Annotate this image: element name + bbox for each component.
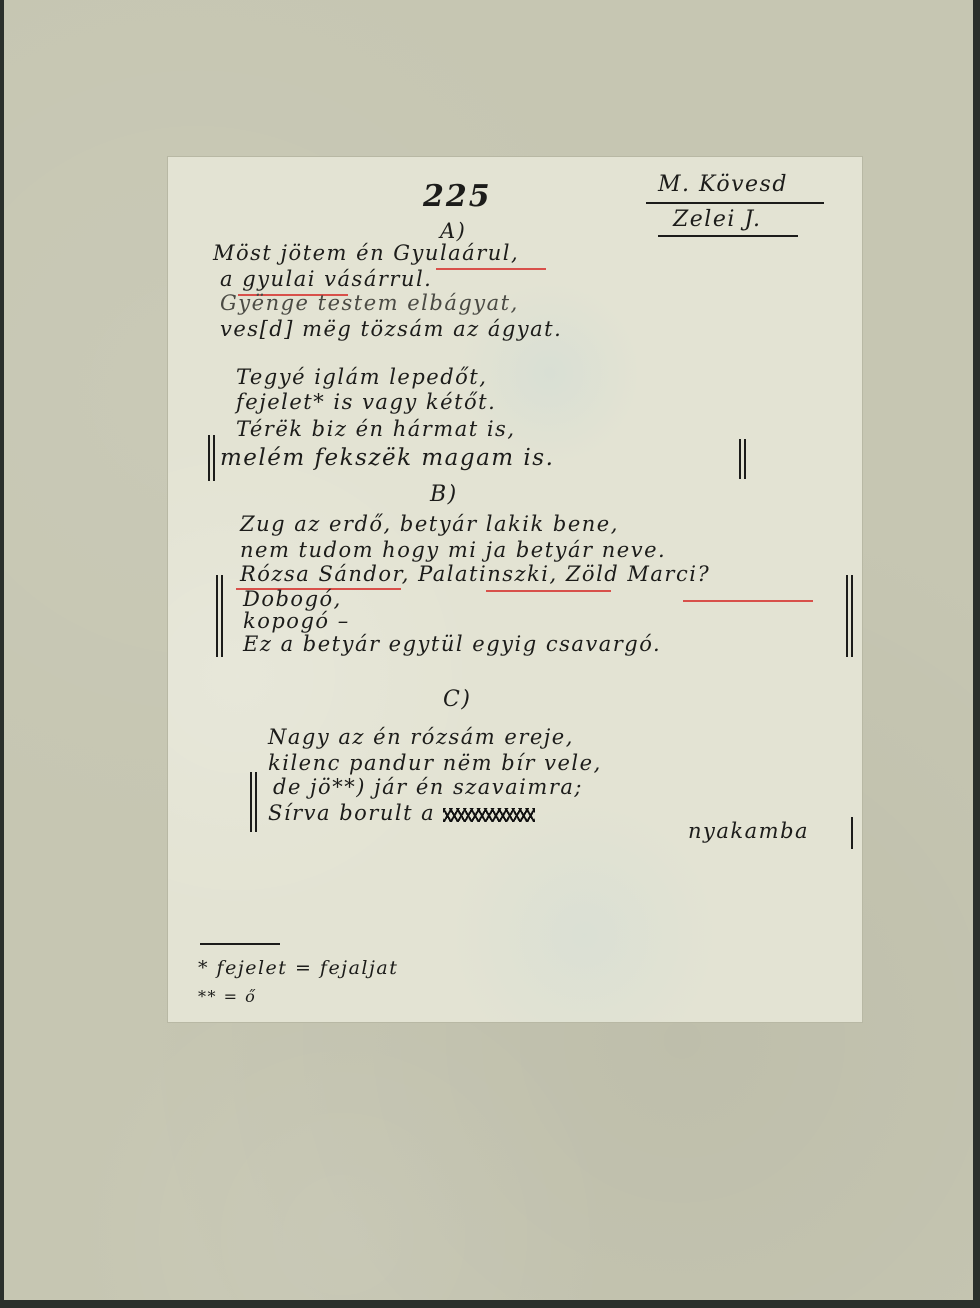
verse-line: Zug az erdő, betyár lakik bene, [240,512,619,536]
repeat-bar [221,575,223,657]
verse-line: Gyënge testem elbágyat, [220,291,519,315]
verse-line: Tegyé iglám lepedőt, [236,365,487,389]
verse-line: kilenc pandur nëm bír vele, [268,751,602,775]
repeat-bar [851,575,853,657]
repeat-bar [208,435,210,481]
section-b-label: B) [430,482,458,507]
repeat-bar [216,575,218,657]
verse-line: Nagy az én rózsám ereje, [268,725,574,749]
verse-line: nem tudom hogy mi ja betyár neve. [240,538,666,562]
footnote-2: ** = ő [198,987,256,1006]
verse-line: Sírva borult a [268,801,535,825]
verse-line: melém fekszëk magam is. [220,445,554,471]
verse-line: ves[d] mëg tözsám az ágyat. [220,317,562,341]
red-underline [436,267,546,270]
red-underline [683,599,813,602]
verse-line: fejelet* is vagy kétőt. [236,390,496,414]
repeat-bar [739,439,741,479]
manuscript-page: 225 M. Kövesd Zelei J. A) Möst jötem én … [168,157,862,1022]
verse-line: nyakamba [688,819,809,843]
repeat-bar [851,817,853,849]
verse-line: Ez a betyár egytül egyig csavargó. [243,632,661,656]
repeat-bar [250,772,252,832]
repeat-bar [846,575,848,657]
repeat-bar [213,435,215,481]
verse-line: Térëk biz én hármat is, [236,417,516,441]
collector-label: Zelei J. [673,207,762,232]
verse-line: de jö**) jár én szavaimra; [273,775,583,799]
red-underline [486,589,611,592]
verse-line: Dobogó, [243,587,342,611]
footnote-1: * fejelet = fejaljat [198,957,398,979]
section-c-label: C) [443,687,471,712]
verse-line: Rózsa Sándor, Palatinszki, Zöld Marci? [240,562,710,586]
verse-line: Möst jötem én Gyulaárul, [213,241,519,265]
verse-line: a gyulai vásárrul. [220,267,432,291]
repeat-bar [255,772,257,832]
song-number: 225 [423,179,492,214]
location-label: M. Kövesd [658,172,788,197]
section-a-label: A) [440,219,466,243]
footnote-rule [200,943,280,945]
location-underline [646,202,824,204]
verse-line: kopogó – [243,609,350,633]
repeat-bar [744,439,746,479]
collector-underline [658,235,798,237]
crossed-out-word [443,808,535,822]
